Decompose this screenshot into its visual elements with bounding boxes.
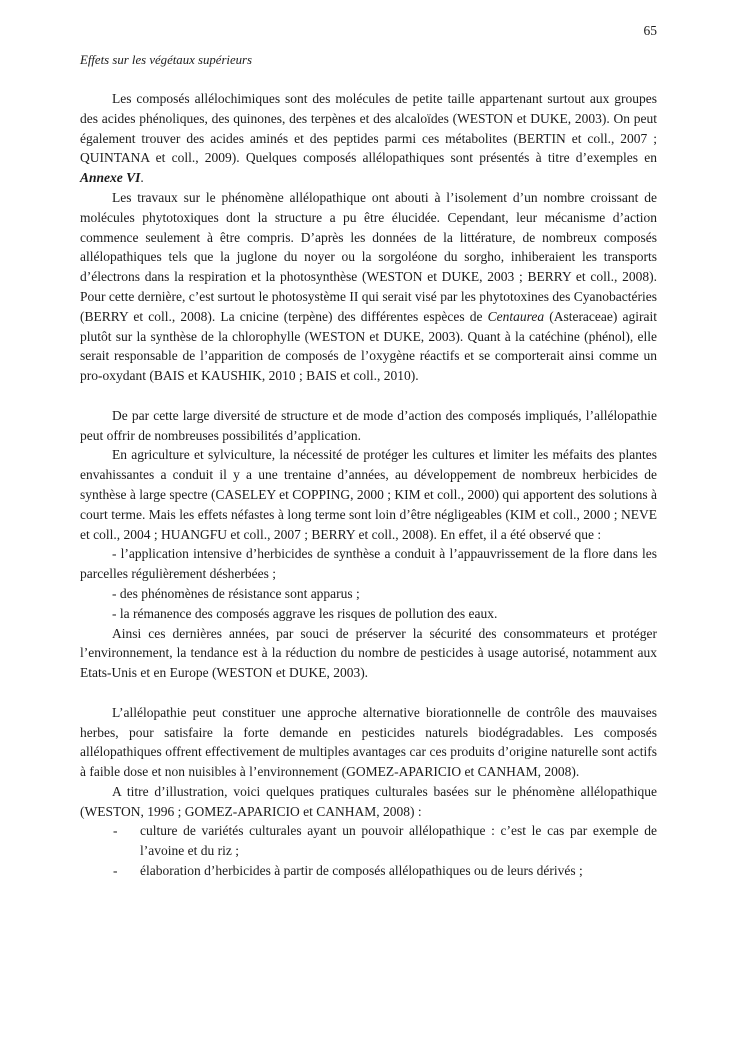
paragraph: Ainsi ces dernières années, par souci de… <box>80 624 657 683</box>
page-number: 65 <box>644 21 658 41</box>
paragraph: En agriculture et sylviculture, la néces… <box>80 445 657 544</box>
text-segment: Annexe VI <box>80 170 140 185</box>
text-segment: Centaurea <box>488 309 545 324</box>
text-segment: De par cette large diversité de structur… <box>80 408 657 443</box>
text-segment: - la rémanence des composés aggrave les … <box>112 606 497 621</box>
text-segment: En agriculture et sylviculture, la néces… <box>80 447 657 541</box>
text-segment: - des phénomènes de résistance sont appa… <box>112 586 360 601</box>
paragraph: De par cette large diversité de structur… <box>80 406 657 446</box>
text-segment: culture de variétés culturales ayant un … <box>140 823 657 858</box>
list-dash: - <box>113 821 118 841</box>
text-body: Les composés allélochimiques sont des mo… <box>80 89 657 881</box>
paragraph: - la rémanence des composés aggrave les … <box>80 604 657 624</box>
paragraph: A titre d’illustration, voici quelques p… <box>80 782 657 822</box>
list-item: -culture de variétés culturales ayant un… <box>80 821 657 861</box>
list-dash: - <box>113 861 118 881</box>
paragraph: L’allélopathie peut constituer une appro… <box>80 703 657 782</box>
text-segment: - l’application intensive d’herbicides d… <box>80 546 657 581</box>
text-segment: A titre d’illustration, voici quelques p… <box>80 784 657 819</box>
paragraph: - l’application intensive d’herbicides d… <box>80 544 657 584</box>
paragraph: - des phénomènes de résistance sont appa… <box>80 584 657 604</box>
list-item: -élaboration d’herbicides à partir de co… <box>80 861 657 881</box>
text-segment: L’allélopathie peut constituer une appro… <box>80 705 657 779</box>
text-segment: Les travaux sur le phénomène allélopathi… <box>80 190 657 324</box>
paragraph: Les travaux sur le phénomène allélopathi… <box>80 188 657 386</box>
text-segment: élaboration d’herbicides à partir de com… <box>140 863 583 878</box>
text-segment: Ainsi ces dernières années, par souci de… <box>80 626 657 681</box>
document-page: 65 Effets sur les végétaux supérieurs Le… <box>0 0 744 1053</box>
paragraph: Les composés allélochimiques sont des mo… <box>80 89 657 188</box>
text-segment: Les composés allélochimiques sont des mo… <box>80 91 657 165</box>
running-header: Effets sur les végétaux supérieurs <box>80 51 252 71</box>
text-segment: . <box>140 170 143 185</box>
